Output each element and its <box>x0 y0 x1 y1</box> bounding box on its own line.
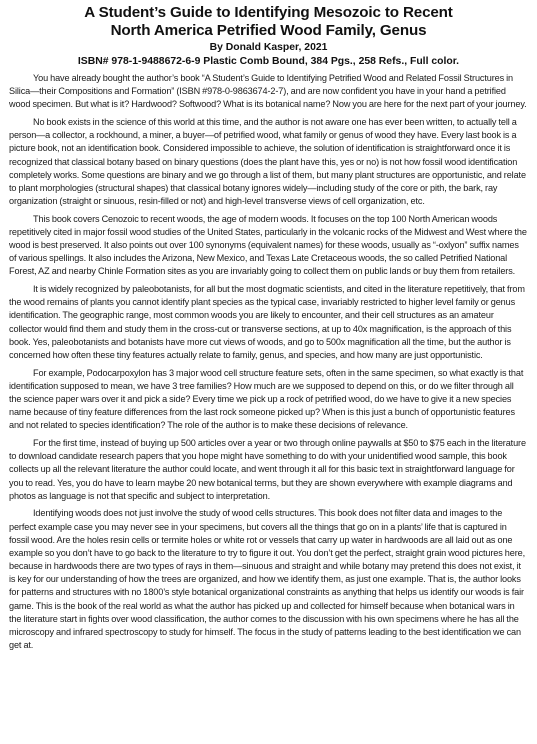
paragraph-no-book-exists: No book exists in the science of this wo… <box>9 116 528 208</box>
author-byline: By Donald Kasper, 2021 <box>9 41 528 55</box>
paragraph-intro: You have already bought the author’s boo… <box>9 72 528 111</box>
paragraph-identifying-woods: Identifying woods does not just involve … <box>9 507 528 652</box>
paragraph-podocarpoxylon-example: For example, Podocarpoxylon has 3 major … <box>9 367 528 433</box>
document-body: You have already bought the author’s boo… <box>9 72 528 652</box>
isbn-info: ISBN# 978-1-9488672-6-9 Plastic Comb Bou… <box>9 55 528 69</box>
document-header: A Student’s Guide to Identifying Mesozoi… <box>9 4 528 69</box>
document-title-line-2: North America Petrified Wood Family, Gen… <box>9 22 528 40</box>
paragraph-book-coverage: This book covers Cenozoic to recent wood… <box>9 213 528 279</box>
paragraph-first-time: For the first time, instead of buying up… <box>9 437 528 503</box>
paragraph-paleobotanists: It is widely recognized by paleobotanist… <box>9 283 528 362</box>
document-title-line-1: A Student’s Guide to Identifying Mesozoi… <box>9 4 528 22</box>
document-page: A Student’s Guide to Identifying Mesozoi… <box>0 0 537 744</box>
